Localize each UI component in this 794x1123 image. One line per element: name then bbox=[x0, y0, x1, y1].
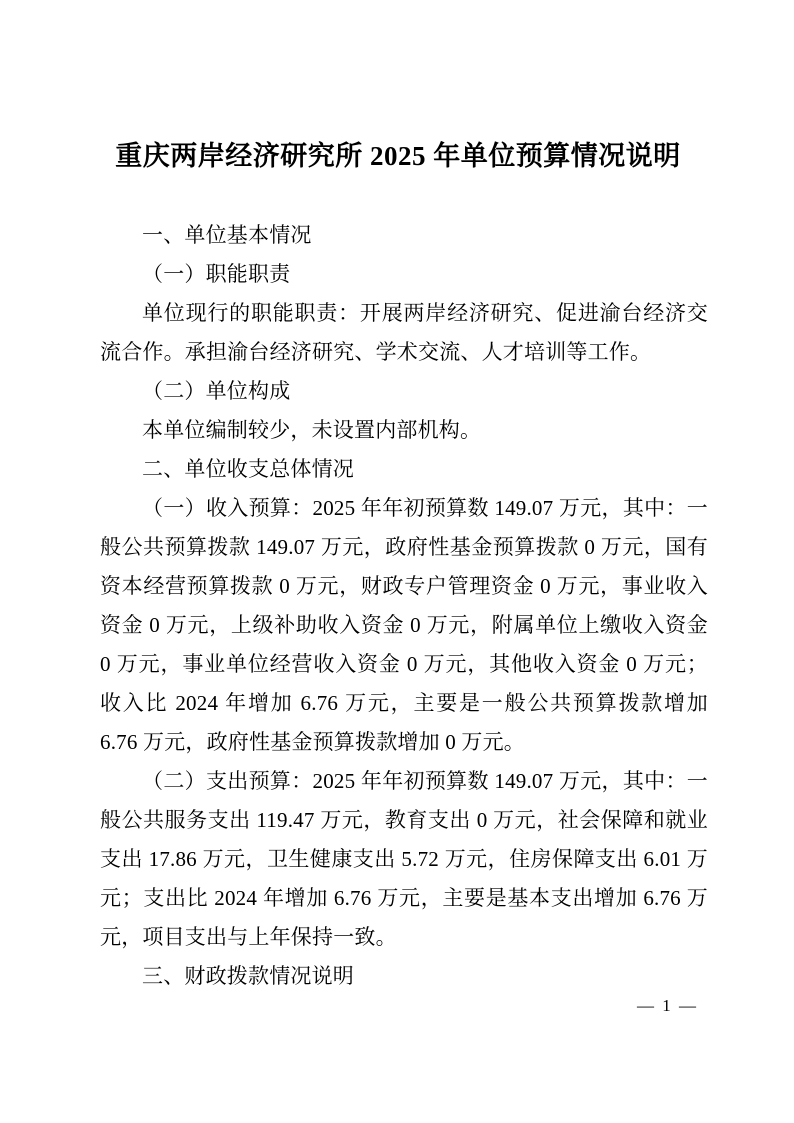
subsection-heading-1-1: （一）职能职责 bbox=[100, 255, 708, 294]
paragraph-structure: 本单位编制较少，未设置内部机构。 bbox=[100, 411, 708, 450]
paragraph-duties: 单位现行的职能职责：开展两岸经济研究、促进渝台经济交流合作。承担渝台经济研究、学… bbox=[100, 294, 708, 372]
section-heading-1: 一、单位基本情况 bbox=[100, 216, 708, 255]
paragraph-income-budget: （一）收入预算：2025 年年初预算数 149.07 万元，其中：一般公共预算拨… bbox=[100, 489, 708, 762]
paragraph-expenditure-budget: （二）支出预算：2025 年年初预算数 149.07 万元，其中：一般公共服务支… bbox=[100, 762, 708, 957]
page-number: — 1 — bbox=[637, 996, 698, 1016]
document-title: 重庆两岸经济研究所 2025 年单位预算情况说明 bbox=[88, 136, 708, 178]
section-heading-2: 二、单位收支总体情况 bbox=[100, 450, 708, 489]
subsection-heading-1-2: （二）单位构成 bbox=[100, 372, 708, 411]
document-body: 一、单位基本情况 （一）职能职责 单位现行的职能职责：开展两岸经济研究、促进渝台… bbox=[100, 216, 708, 996]
section-heading-3: 三、财政拨款情况说明 bbox=[100, 957, 708, 996]
document-page: 重庆两岸经济研究所 2025 年单位预算情况说明 一、单位基本情况 （一）职能职… bbox=[0, 0, 794, 1123]
